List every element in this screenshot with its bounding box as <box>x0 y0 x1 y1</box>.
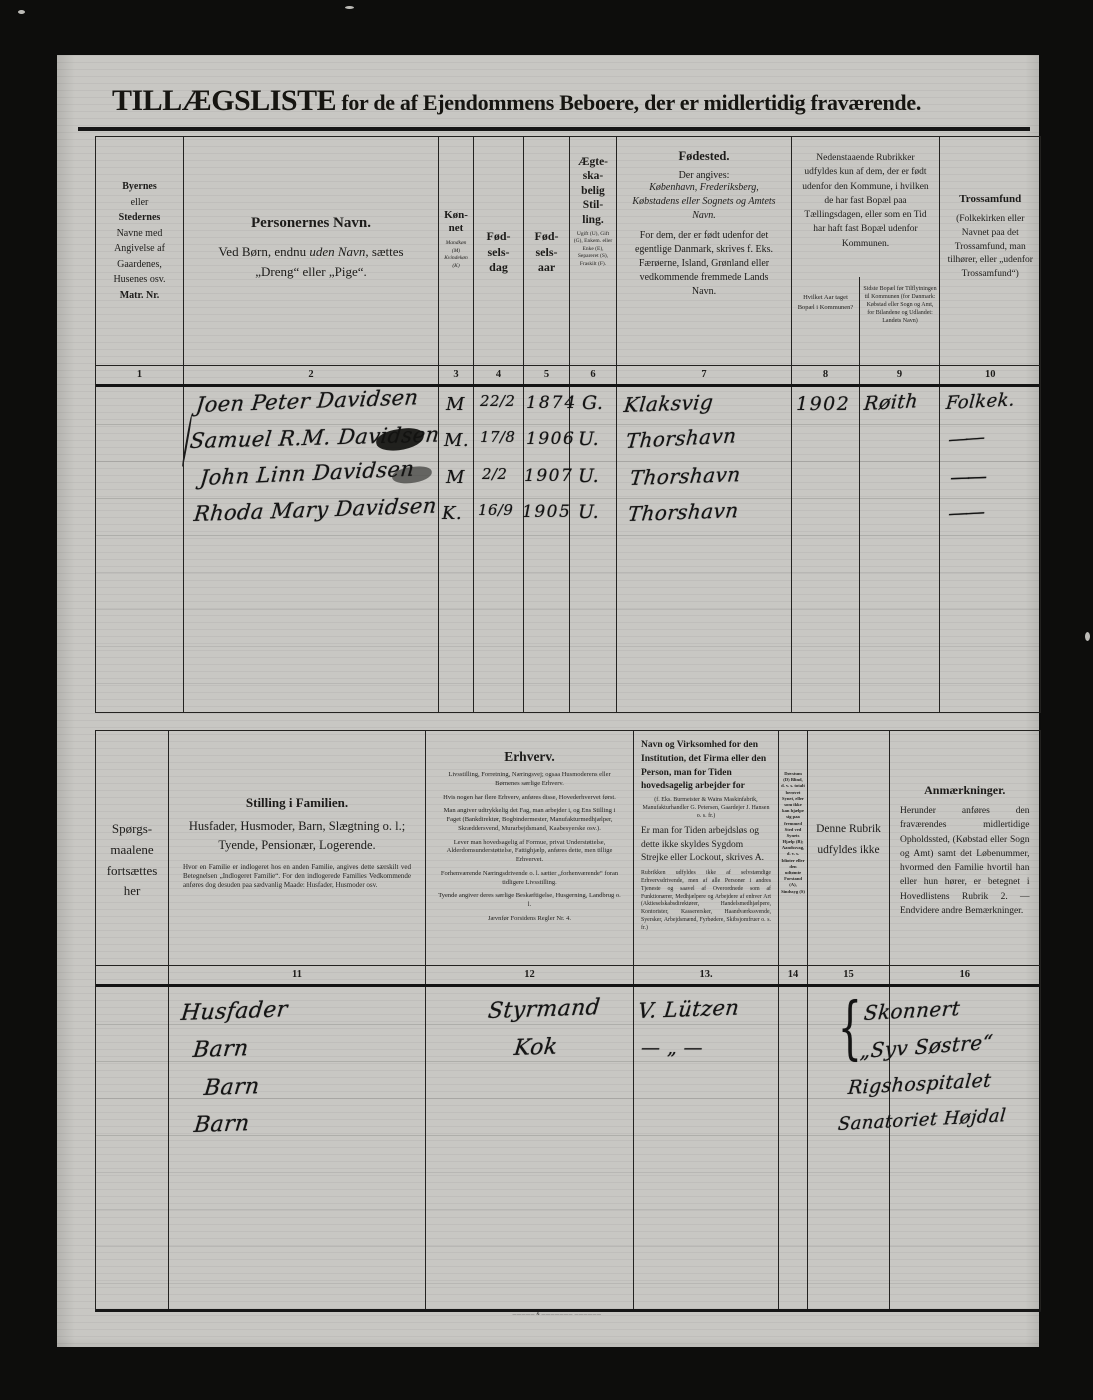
column-header-marital: Ægte- ska- belig Stil- ling. Ugift (U), … <box>570 137 617 365</box>
entry-marital: U. <box>578 428 599 450</box>
printer-mark: ————— & ——————— —————— <box>437 1311 677 1316</box>
header-text: Ved Børn, endnu <box>218 244 309 259</box>
entry-last-residence: Røith <box>863 390 919 415</box>
scan-speck <box>345 6 354 9</box>
column-header-remarks: Anmærkninger. Herunder anføres den fravæ… <box>890 731 1040 965</box>
column-number: 6 <box>570 366 617 384</box>
table-persons: Byernes eller Stedernes Navne med Angive… <box>95 136 1041 713</box>
table-continuation: Spørgs- maalene fortsættes her Stilling … <box>95 730 1041 1312</box>
column-number: 8 <box>792 366 860 384</box>
column-divider <box>168 987 170 1309</box>
entry-birthplace: Klaksvig <box>623 390 715 417</box>
header-text: Ugift (U), Gift (G), Enkem. eller Enke (… <box>573 231 613 268</box>
header-text: Rubrikken udfyldes ikke af selvstændige … <box>641 870 771 933</box>
header-text: For dem, der er født udenfor det egentli… <box>627 229 781 299</box>
entry-birthday: 22/2 <box>480 392 515 410</box>
column-divider <box>183 387 185 712</box>
column-divider <box>523 387 525 712</box>
header-text: Er man for Tiden arbejdsløs og dette ikk… <box>641 825 771 865</box>
column-number: 1 <box>96 366 184 384</box>
entry-faith-ditto: —— <box>947 425 983 451</box>
entry-birthplace: Thorshavn <box>627 498 740 526</box>
header-text: Anmærkninger. <box>900 783 1030 798</box>
entry-position: Barn <box>193 1111 251 1138</box>
grouping-brace: { <box>838 989 862 1068</box>
census-form-scan: TILLÆGSLISTE for de af Ejendommens Beboe… <box>0 0 1093 1400</box>
column-divider <box>859 387 861 712</box>
column-number: 11 <box>169 966 426 984</box>
column-header-year-settled: Hvilket Aar taget Bopæl i Kommunen? <box>792 277 860 365</box>
header-text: Ved Børn, endnu uden Navn, sættes „Dreng… <box>196 242 426 281</box>
entry-birthyear: 1874 <box>526 393 577 413</box>
header-text: (Folkekirken eller Navnet paa det Trossa… <box>944 213 1037 282</box>
form-title: TILLÆGSLISTE for de af Ejendommens Beboe… <box>112 84 1034 118</box>
entry-remark: Rigshospitalet <box>847 1069 992 1099</box>
table2-header-row: Spørgs- maalene fortsættes her Stilling … <box>96 731 1040 965</box>
header-text: Navn og Virksomhed for den Institution, … <box>641 739 771 794</box>
entry-position: Barn <box>203 1074 261 1101</box>
column-header-occupation: Erhverv. Livsstilling, Forretning, Nærin… <box>426 731 634 965</box>
column-number: 15 <box>808 966 890 984</box>
column-header-sex: Køn- net Mandkøn (M) Kvindekøn (K) <box>439 137 474 365</box>
column-number: 7 <box>617 366 792 384</box>
entry-faith: Folkek. <box>945 389 1016 414</box>
column-divider <box>939 387 941 712</box>
column-header-not-filled: Denne Rubrik udfyldes ikke <box>808 731 890 965</box>
header-text: Man angiver udtrykkelig det Fag, man arb… <box>438 807 621 833</box>
header-text: Navne med Angivelse af Gaardenes, Husene… <box>100 226 179 288</box>
header-text: Lever man hovedsagelig af Formue, privat… <box>438 839 621 865</box>
entry-marital: G. <box>582 392 603 414</box>
header-text: Fød- sels- dag <box>480 229 517 276</box>
header-text: Matr. Nr. <box>100 288 179 304</box>
column-divider <box>778 987 780 1309</box>
column-divider <box>425 987 427 1309</box>
entry-sex: M <box>446 467 465 488</box>
entry-employer-ditto: — „ — <box>641 1037 703 1059</box>
column-header-place: Byernes eller Stedernes Navne med Angive… <box>96 137 184 365</box>
column-number: 10 <box>940 366 1041 384</box>
title-rule <box>78 127 1030 131</box>
scan-speck <box>18 10 25 14</box>
column-number: 12 <box>426 966 634 984</box>
header-text: Trossamfund <box>944 193 1037 205</box>
column-number <box>96 966 169 984</box>
column-divider <box>889 987 891 1309</box>
table2-data-area: Husfader Styrmand V. Lützen Skonnert Bar… <box>96 987 1040 1309</box>
column-header-faith: Trossamfund (Folkekirken eller Navnet pa… <box>940 137 1041 365</box>
header-text: Livsstilling, Forretning, Næringsvej; og… <box>438 771 621 789</box>
entry-birthday: 2/2 <box>482 465 507 483</box>
entry-position: Husfader <box>180 997 289 1026</box>
table1-data-area: Joen Peter Davidsen M 22/2 1874 G. Klaks… <box>96 387 1040 712</box>
column-number: 16 <box>890 966 1040 984</box>
column-group-residence: Nedenstaaende Rubrikker udfyldes kun af … <box>792 137 940 365</box>
header-text: Mandkøn (M) Kvindekøn (K) <box>441 240 471 270</box>
column-header-employer: Navn og Virksomhed for den Institution, … <box>634 731 779 965</box>
entry-sex: M <box>446 394 465 415</box>
entry-birthday: 17/8 <box>480 428 515 446</box>
column-divider <box>791 387 793 712</box>
entry-marital: U. <box>578 501 599 523</box>
header-text: Jævnfør Forsidens Regler Nr. 4. <box>438 915 621 924</box>
entry-sex: M. <box>444 430 469 451</box>
header-text: Byernes <box>100 179 179 195</box>
scan-speck <box>1085 632 1090 641</box>
header-text: Stedernes <box>100 210 179 226</box>
header-text: Nedenstaaende Rubrikker udfyldes kun af … <box>792 137 939 277</box>
form-title-emphasis: midlertidig fraværende. <box>703 90 921 115</box>
column-divider <box>633 987 635 1309</box>
column-header-birthday: Fød- sels- dag <box>474 137 524 365</box>
column-number: 4 <box>474 366 524 384</box>
header-text: Spørgs- maalene fortsættes her <box>102 819 162 902</box>
entry-remark: Skonnert <box>863 996 961 1025</box>
header-text: Erhverv. <box>438 749 621 765</box>
header-text: uden Navn <box>309 244 365 259</box>
entry-remark: „Syv Søstre“ <box>859 1030 994 1063</box>
entry-sex: K. <box>442 503 462 524</box>
header-text: Denne Rubrik udfyldes ikke <box>816 819 881 860</box>
column-number: 3 <box>439 366 474 384</box>
entry-marital: U. <box>578 465 599 487</box>
column-number: 14 <box>779 966 808 984</box>
entry-birthyear: 1906 <box>526 429 575 449</box>
column-divider <box>473 387 475 712</box>
entry-occupation: Kok <box>513 1034 559 1061</box>
table1-header-row: Byernes eller Stedernes Navne med Angive… <box>96 137 1040 365</box>
column-header-birthyear: Fød- sels- aar <box>524 137 570 365</box>
column-header-birthplace: Fødested. Der angives: København, Freder… <box>617 137 792 365</box>
column-header-last-residence: Sidste Bopæl før Tilflytningen til Kommu… <box>860 277 940 365</box>
column-number: 9 <box>860 366 940 384</box>
column-number: 5 <box>524 366 570 384</box>
header-text: Fød- sels- aar <box>528 229 565 276</box>
header-text: Hvis nogen har flere Erhverv, anføres di… <box>438 794 621 803</box>
header-text: Der angives: <box>627 170 781 181</box>
header-text: Stilling i Familien. <box>183 795 411 811</box>
entry-faith-ditto: —— <box>950 464 985 489</box>
form-title-lead: TILLÆGSLISTE <box>112 84 336 117</box>
column-number: 2 <box>184 366 439 384</box>
entry-position: Barn <box>192 1036 250 1063</box>
entry-occupation: Styrmand <box>487 995 602 1024</box>
header-text: Ægte- ska- belig Stil- ling. <box>573 155 613 227</box>
header-text: Hvor en Familie er indlogeret hos en and… <box>183 863 411 891</box>
entry-remark: Sanatoriet Højdal <box>837 1105 1007 1135</box>
header-text: Køn- net <box>441 209 471 235</box>
header-text: Forhenværende Næringsdrivende o. l. sætt… <box>438 870 621 888</box>
column-header-name: Personernes Navn. Ved Børn, endnu uden N… <box>184 137 439 365</box>
entry-faith-ditto: —— <box>947 499 982 525</box>
header-text: Personernes Navn. <box>196 215 426 232</box>
entry-year-settled: 1902 <box>796 393 850 415</box>
entry-name: Joen Peter Davidsen <box>195 385 420 417</box>
entry-employer: V. Lützen <box>637 995 741 1023</box>
entry-birthplace: Thorshavn <box>625 423 738 453</box>
entry-birthday: 16/9 <box>478 501 513 519</box>
column-header-continued: Spørgs- maalene fortsættes her <box>96 731 169 965</box>
header-text: Døvstum (D) Blind, d. v. s. totalt berøv… <box>781 771 805 895</box>
header-text: eller <box>100 195 179 211</box>
header-text: København, Frederiksberg, Købstadens ell… <box>627 181 781 223</box>
entry-birthyear: 1905 <box>522 502 571 522</box>
header-text: Husfader, Husmoder, Barn, Slægtning o. l… <box>183 817 411 855</box>
column-header-family-position: Stilling i Familien. Husfader, Husmoder,… <box>169 731 426 965</box>
entry-birthplace: Thorshavn <box>629 462 742 490</box>
column-divider <box>807 987 809 1309</box>
column-number: 13. <box>634 966 779 984</box>
entry-birthyear: 1907 <box>524 466 573 486</box>
header-text: Fødested. <box>627 149 781 164</box>
header-text: (f. Eks. Burmeister & Wains Maskinfabrik… <box>641 796 771 820</box>
column-divider <box>616 387 618 712</box>
form-title-middle: for de af Ejendommens Beboere, der er <box>336 90 703 115</box>
table1-number-row: 1 2 3 4 5 6 7 8 9 10 <box>96 365 1040 387</box>
header-text: Herunder anføres den fraværendes midlert… <box>900 804 1030 918</box>
table2-number-row: 11 12 13. 14 15 16 <box>96 965 1040 987</box>
header-text: Tyende angiver deres særlige Beskæftigel… <box>438 892 621 910</box>
column-header-disabilities: Døvstum (D) Blind, d. v. s. totalt berøv… <box>779 731 808 965</box>
